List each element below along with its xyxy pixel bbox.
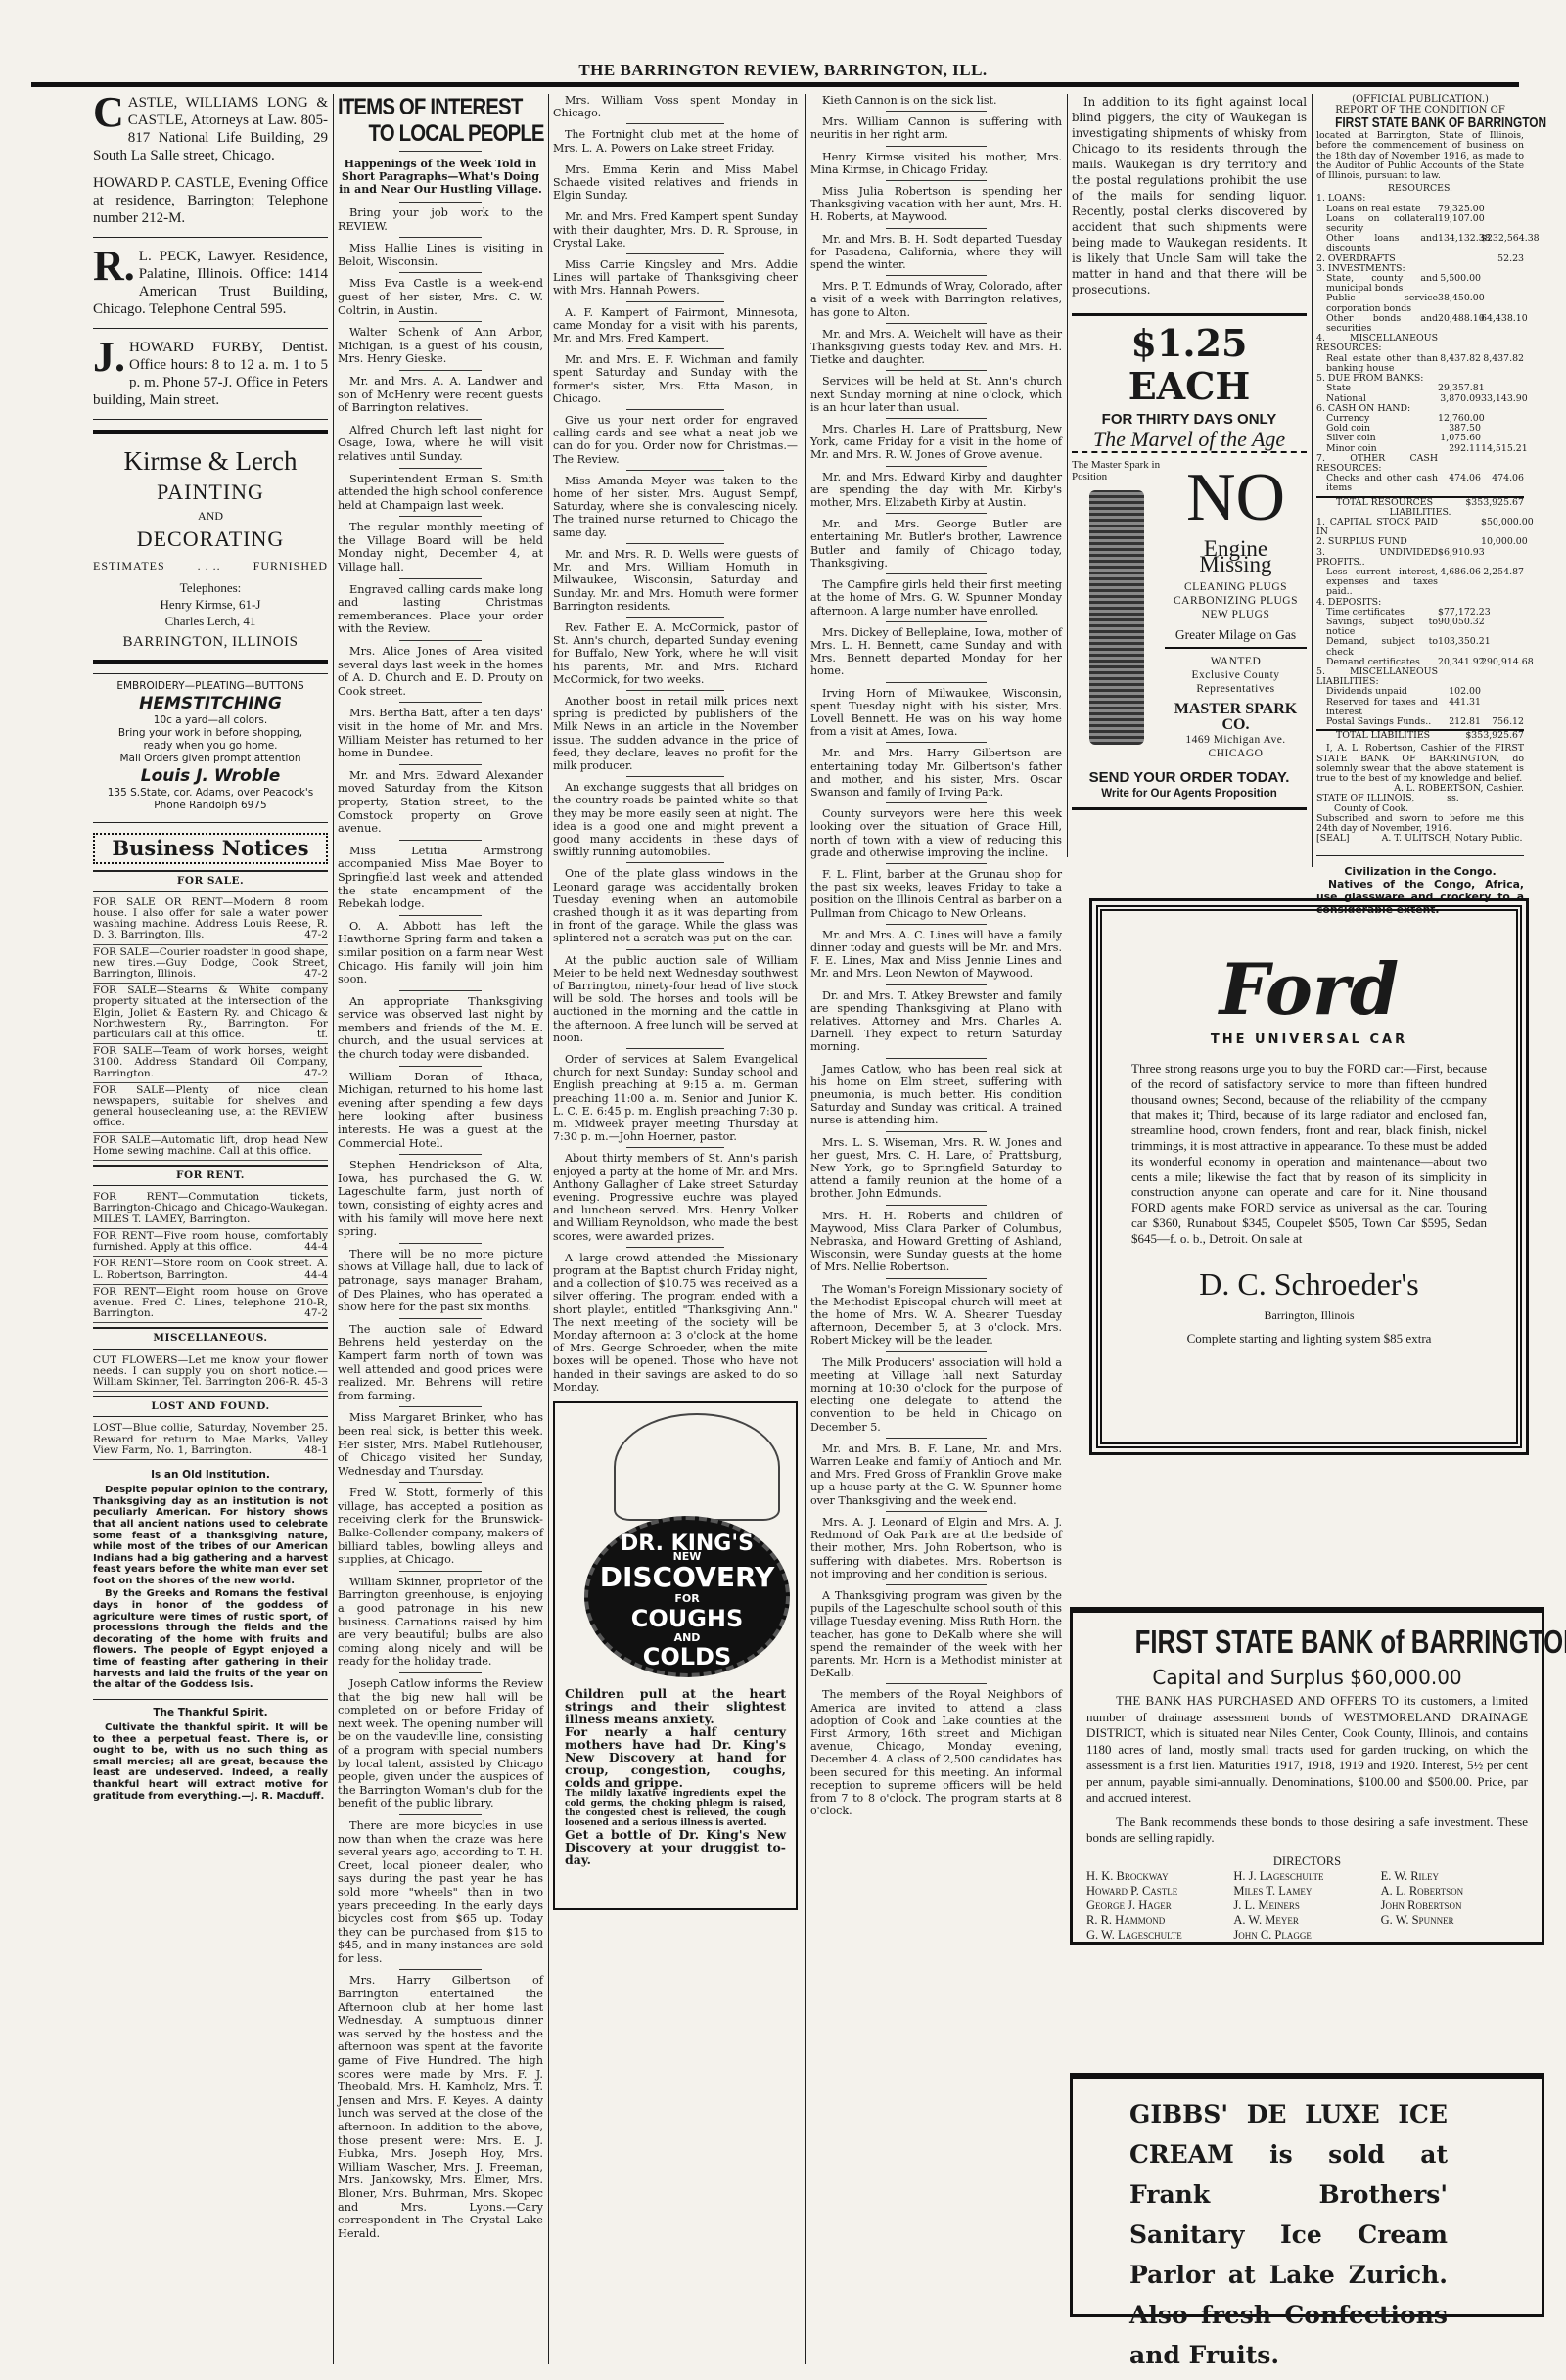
divider: [886, 802, 987, 803]
dropcap: R.: [93, 248, 135, 285]
divider: [399, 151, 482, 152]
cashier-oath: I, A. L. Robertson, Cashier of the FIRST…: [1316, 744, 1524, 784]
telephone-2: Charles Lerch, 41: [93, 613, 328, 629]
classified-ad: FOR SALE—Stearns & White company propert…: [93, 984, 328, 1044]
news-item: Miss Letitia Armstrong accompanied Miss …: [338, 845, 543, 911]
report-row: 4. MISCELLANEOUS RESOURCES:: [1316, 334, 1524, 353]
report-row: Postal Savings Funds..212.81756.12: [1316, 717, 1524, 727]
news-item: About thirty members of St. Ann's parish…: [553, 1152, 798, 1242]
divider: [399, 915, 482, 916]
news-item: Services will be held at St. Ann's churc…: [810, 375, 1062, 414]
ad-code: 48-1: [304, 1445, 328, 1456]
divider: [399, 237, 482, 238]
classified-ad: FOR SALE—Courier roadster in good shape,…: [93, 945, 328, 984]
news-item: Superintendent Erman S. Smith attended t…: [338, 473, 543, 513]
classified-ad: FOR RENT—Five room house, comfortably fu…: [93, 1229, 328, 1257]
divider: [399, 1672, 482, 1673]
ad-text: FOR SALE—Stearns & White company propert…: [93, 984, 328, 1040]
divider: [626, 301, 724, 302]
total-resources-row: TOTAL RESOURCES$353,925.67: [1316, 496, 1524, 508]
news-item: William Skinner, proprietor of the Barri…: [338, 1576, 543, 1669]
divider: [886, 146, 987, 147]
news-item: James Catlow, who has been real sick at …: [810, 1063, 1062, 1127]
ad-estimates: ESTIMATES . . .. FURNISHED: [93, 553, 328, 579]
hem-phone: Phone Randolph 6975: [93, 800, 328, 812]
news-item: There will be no more picture shows at V…: [338, 1248, 543, 1314]
news-item: The Woman's Foreign Missionary society o…: [810, 1283, 1062, 1348]
ford-city: Barrington, Illinois: [1131, 1308, 1487, 1323]
ad-text: FOR RENT—Eight room house on Grove avenu…: [93, 1286, 328, 1319]
official-publication: (OFFICIAL PUBLICATION.): [1316, 94, 1524, 105]
hem-line: Bring your work in before shopping,: [93, 727, 328, 740]
report-row: 5. MISCELLANEOUS LIABILITIES:: [1316, 667, 1524, 687]
news-item: Mr. and Mrs. Edward Alexander moved Satu…: [338, 769, 543, 836]
report-row: Demand, subject to check103,350.21: [1316, 637, 1524, 657]
report-row: Other bonds and securities20,488.1064,43…: [1316, 314, 1524, 334]
section-title-line1: ITEMS OF INTEREST: [338, 94, 513, 120]
plug-column: The Master Spark in Position: [1072, 459, 1165, 760]
divider: [399, 202, 482, 203]
divider: [626, 949, 724, 950]
divider: [399, 1318, 482, 1319]
divider: [399, 468, 482, 469]
ford-extra: Complete starting and lighting system $8…: [1131, 1331, 1487, 1347]
divider: [886, 1058, 987, 1059]
classified-ad: FOR SALE—Plenty of nice clean newspapers…: [93, 1083, 328, 1133]
news-item: Mrs. William Cannon is suffering with ne…: [810, 115, 1062, 141]
report-row: Reserved for taxes and interest441.31: [1316, 698, 1524, 717]
column-divider: [548, 94, 549, 2364]
ad-code: 45-3: [304, 1377, 328, 1388]
divider: [399, 1243, 482, 1244]
news-item: Mrs. William Voss spent Monday in Chicag…: [553, 94, 798, 119]
state-label: STATE OF ILLINOIS,: [1316, 793, 1414, 803]
ad-code: 47-2: [304, 930, 328, 940]
ad-text: FOR SALE OR RENT—Modern 8 room house. I …: [93, 896, 328, 941]
report-row: State, county and municipal bonds5,500.0…: [1316, 274, 1524, 294]
divider: [886, 466, 987, 467]
divider: [399, 764, 482, 765]
ford-logo: Ford: [1131, 950, 1487, 1029]
report-row: Real estate other than banking house8,43…: [1316, 354, 1524, 374]
divider: [886, 1511, 987, 1512]
ad-paragraph: Get a bottle of Dr. King's New Discovery…: [565, 1828, 786, 1866]
card-peck: R. L. PECK, Lawyer. Residence, Palatine,…: [93, 248, 328, 329]
dr-kings-oval-logo: DR. KING'S NEW DISCOVERY FOR COUGHS AND …: [584, 1516, 790, 1677]
news-item: Mr. and Mrs. A. A. Landwer and son of Mc…: [338, 375, 543, 415]
masthead-title: THE BARRINGTON REVIEW, BARRINGTON, ILL.: [0, 61, 1566, 80]
news-item: Mrs. A. J. Leonard of Elgin and Mrs. A. …: [810, 1516, 1062, 1580]
ford-tagline: THE UNIVERSAL CAR: [1131, 1032, 1487, 1047]
business-notices-header: Business Notices: [93, 833, 328, 863]
lost-found-heading: LOST AND FOUND.: [93, 1396, 328, 1417]
bank-ad-capital: Capital and Surplus $60,000.00: [1086, 1666, 1528, 1689]
hemstitching-ad: EMBROIDERY—PLEATING—BUTTONS HEMSTITCHING…: [93, 673, 328, 823]
divider: [399, 1406, 482, 1407]
spark-plug-icon: [1089, 490, 1144, 745]
news-item: Mrs. Emma Kerin and Miss Mabel Schaede v…: [553, 163, 798, 203]
ad-address: 1469 Michigan Ave.: [1165, 733, 1307, 747]
product-and: AND: [588, 1631, 786, 1644]
divider: [626, 690, 724, 691]
news-item: Mrs. Charles H. Lare of Prattsburg, New …: [810, 423, 1062, 462]
for-sale-list: FOR SALE OR RENT—Modern 8 room house. I …: [93, 895, 328, 1161]
product-for: FOR: [588, 1592, 786, 1605]
ad-no: NO: [1165, 459, 1307, 537]
column-waukegan-spark: In addition to its fight against local b…: [1072, 94, 1307, 810]
dr-kings-copy: Children pull at the heart strings and t…: [565, 1687, 786, 1866]
report-row: Less current interest, expenses and taxe…: [1316, 568, 1524, 598]
divider: [886, 682, 987, 683]
divider: [886, 1683, 987, 1684]
brand-name: DR. KING'S: [588, 1537, 786, 1550]
news-item: Mr. and Mrs. B. H. Sodt departed Tuesday…: [810, 233, 1062, 272]
divider: [399, 1482, 482, 1483]
article-body: Cultivate the thankful spirit. It will b…: [93, 1722, 328, 1802]
news-item: Walter Schenk of Ann Arbor, Michigan, is…: [338, 326, 543, 366]
director: H. K. Brockway: [1086, 1869, 1233, 1884]
news-item: Mr. and Mrs. R. D. Wells were guests of …: [553, 548, 798, 613]
director: G. W. Spunner: [1381, 1913, 1528, 1928]
ad-code: 47-2: [304, 1308, 328, 1319]
report-row: 1. CAPITAL STOCK PAID IN$50,000.00: [1316, 518, 1524, 537]
report-row: State29,357.81: [1316, 384, 1524, 393]
ad-line: AND: [93, 506, 328, 526]
ad-line: PAINTING: [93, 479, 328, 506]
dropcap: J.: [93, 339, 125, 376]
liabilities-table: 1. CAPITAL STOCK PAID IN$50,000.00 2. SU…: [1316, 518, 1524, 741]
column-bank-report: (OFFICIAL PUBLICATION.) REPORT OF THE CO…: [1316, 94, 1524, 916]
report-row: Public service corporation bonds38,450.0…: [1316, 294, 1524, 313]
divider: [399, 370, 482, 371]
ad-code: 44-4: [304, 1242, 328, 1253]
dots: . . ..: [198, 559, 221, 573]
ad-code: 47-2: [304, 1069, 328, 1079]
classified-ad: FOR SALE—Automatic lift, drop head New H…: [93, 1133, 328, 1161]
news-item: Give us your next order for engraved cal…: [553, 414, 798, 466]
classified-ad: LOST—Blue collie, Saturday, November 25.…: [93, 1421, 328, 1460]
ad-town: BARRINGTON, ILLINOIS: [93, 635, 328, 650]
divider: [886, 984, 987, 985]
total-liabilities-row: TOTAL LIABILITIES$353,925.67: [1316, 729, 1524, 741]
column-professional-cards: C ASTLE, WILLIAMS LONG & CASTLE, Attorne…: [93, 94, 328, 1804]
director: John Robertson: [1381, 1899, 1528, 1913]
ad-mileage: Greater Milage on Gas: [1165, 627, 1307, 649]
ad-thirty-days: FOR THIRTY DAYS ONLY: [1072, 412, 1307, 428]
column-local-items-3: Kieth Cannon is on the sick list. Mrs. W…: [810, 94, 1062, 1819]
ad-text: FOR SALE—Automatic lift, drop head New H…: [93, 1134, 328, 1157]
classified-ad: FOR RENT—Eight room house on Grove avenu…: [93, 1285, 328, 1324]
for-rent-heading: FOR RENT.: [93, 1165, 328, 1186]
divider: [886, 621, 987, 622]
divider: [626, 776, 724, 777]
gibbs-ice-cream-ad: GIBBS' DE LUXE ICE CREAM is sold at Fran…: [1070, 2073, 1544, 2317]
director: Howard P. Castle: [1086, 1884, 1233, 1899]
telephones-label: Telephones:: [93, 579, 328, 596]
divider: [886, 1205, 987, 1206]
ad-agents: Write for Our Agents Proposition: [1072, 786, 1307, 801]
dropcap: C: [93, 94, 124, 131]
ad-line: DECORATING: [93, 526, 328, 553]
ad-code: 47-2: [304, 969, 328, 980]
divider: [886, 370, 987, 371]
divider: [626, 206, 724, 206]
hem-price: 10c a yard—all colors.: [93, 714, 328, 727]
divider: [399, 840, 482, 841]
news-item: Miss Julia Robertson is spending her Tha…: [810, 185, 1062, 224]
ad-text: FOR SALE—Plenty of nice clean newspapers…: [93, 1084, 328, 1129]
news-item: A Thanksgiving program was given by the …: [810, 1589, 1062, 1679]
kirmse-lerch-ad: Kirmse & Lerch PAINTING AND DECORATING E…: [93, 430, 328, 664]
news-item: Another boost in retail milk prices next…: [553, 695, 798, 772]
hem-name: Louis J. Wroble: [93, 765, 328, 787]
news-item: Mrs. Harry Gilbertson of Barrington ente…: [338, 1974, 543, 2240]
dr-kings-discovery-ad: DR. KING'S NEW DISCOVERY FOR COUGHS AND …: [553, 1401, 798, 1910]
ad-text: FOR RENT—Five room house, comfortably fu…: [93, 1230, 328, 1253]
card-text: HOWARD FURBY, Dentist. Office hours: 8 t…: [93, 340, 328, 408]
news-item: Rev. Father E. A. McCormick, pastor of S…: [553, 621, 798, 686]
ford-dealer: D. C. Schroeder's: [1131, 1266, 1487, 1303]
divider: [626, 123, 724, 124]
divider: [886, 924, 987, 925]
card-furby: J. HOWARD FURBY, Dentist. Office hours: …: [93, 339, 328, 420]
news-item: Mr. and Mrs. George Butler are entertain…: [810, 518, 1062, 570]
news-item: The members of the Royal Neighbors of Am…: [810, 1688, 1062, 1817]
news-item: An appropriate Thanksgiving service was …: [338, 995, 543, 1062]
divider: [399, 419, 482, 420]
news-item: Mrs. Dickey of Belleplaine, Iowa, mother…: [810, 626, 1062, 678]
report-intro: located at Barrington, State of Illinois…: [1316, 131, 1524, 181]
classified-ad: FOR SALE OR RENT—Modern 8 room house. I …: [93, 895, 328, 945]
divider: [886, 180, 987, 181]
news-item: Miss Eva Castle is a week-end guest of h…: [338, 277, 543, 317]
ad-line: CARBONIZING PLUGS: [1165, 594, 1307, 608]
divider: [886, 1131, 987, 1132]
estimates-label: ESTIMATES: [93, 559, 165, 573]
news-item: The Milk Producers' association will hol…: [810, 1356, 1062, 1434]
divider: [399, 1571, 482, 1572]
bank-ad-title: FIRST STATE BANK of BARRINGTON: [1135, 1623, 1480, 1662]
for-rent-list: FOR RENT—Commutation tickets, Barrington…: [93, 1190, 328, 1323]
news-item: Miss Carrie Kingsley and Mrs. Addie Line…: [553, 258, 798, 297]
divider: [399, 1969, 482, 1970]
mother-child-illustration-icon: [614, 1413, 780, 1521]
product-colds: COLDS: [588, 1644, 786, 1670]
news-item: Joseph Catlow informs the Review that th…: [338, 1677, 543, 1810]
ad-body: The Master Spark in Position NO Engine M…: [1072, 459, 1307, 760]
news-item: F. L. Flint, barber at the Grunau shop f…: [810, 868, 1062, 920]
card-text: ASTLE, WILLIAMS LONG & CASTLE, Attorneys…: [93, 95, 328, 163]
news-item: Miss Margaret Brinker, who has been real…: [338, 1411, 543, 1478]
for-sale-heading: FOR SALE.: [93, 870, 328, 892]
director: E. W. Riley: [1381, 1869, 1528, 1884]
report-row: Savings, subject to notice90,050.32: [1316, 618, 1524, 637]
divider: [886, 418, 987, 419]
first-state-bank-ad: FIRST STATE BANK of BARRINGTON Capital a…: [1070, 1607, 1544, 1945]
news-item: An exchange suggests that all bridges on…: [553, 781, 798, 858]
hem-line: Mail Orders given prompt attention: [93, 753, 328, 765]
divider: [886, 1278, 987, 1279]
ad-code: tf.: [317, 1030, 328, 1040]
divider: [626, 543, 724, 544]
section-title-line2: TO LOCAL PEOPLE: [369, 120, 544, 147]
divider: [626, 617, 724, 618]
news-item: Bring your job work to the REVIEW.: [338, 206, 543, 233]
hem-title: HEMSTITCHING: [93, 693, 328, 714]
ad-text: FOR SALE—Team of work horses, weight 310…: [93, 1045, 328, 1078]
news-item: Mr. and Mrs. E. F. Wichman and family sp…: [553, 353, 798, 405]
divider: [626, 1247, 724, 1248]
news-item: Alfred Church left last night for Osage,…: [338, 424, 543, 464]
divider: [626, 1147, 724, 1148]
divider: [399, 1814, 482, 1815]
report-row: Silver coin1,075.60: [1316, 434, 1524, 443]
news-item: Mr. and Mrs. Edward Kirby and daughter a…: [810, 471, 1062, 510]
news-item: Irving Horn of Milwaukee, Wisconsin, spe…: [810, 687, 1062, 739]
report-row: Checks and other cash items474.06474.06: [1316, 474, 1524, 493]
classified-ad: FOR SALE—Team of work horses, weight 310…: [93, 1044, 328, 1083]
ad-line: CLEANING PLUGS: [1165, 580, 1307, 594]
furnished-label: FURNISHED: [253, 559, 328, 573]
divider: [399, 272, 482, 273]
ad-exclusive: Exclusive County Representatives: [1165, 668, 1307, 696]
news-item: Mrs. Bertha Batt, after a ten days' visi…: [338, 707, 543, 759]
ad-firm-name: Kirmse & Lerch: [93, 443, 328, 479]
product-coughs: COUGHS: [588, 1606, 786, 1631]
directors-list: H. K. Brockway H. J. Lageschulte E. W. R…: [1086, 1869, 1528, 1943]
news-item: Miss Amanda Meyer was taken to the home …: [553, 475, 798, 539]
article-title: The Thankful Spirit.: [93, 1699, 328, 1720]
column-divider: [805, 94, 806, 2364]
news-item: Engraved calling cards make long and las…: [338, 583, 543, 636]
ad-text: LOST—Blue collie, Saturday, November 25.…: [93, 1422, 328, 1455]
divider: [626, 862, 724, 863]
directors-heading: DIRECTORS: [1086, 1854, 1528, 1869]
divider: [886, 323, 987, 324]
director: John C. Plagge: [1233, 1928, 1380, 1943]
report-row: Other loans and discounts134,132.38$232,…: [1316, 234, 1524, 253]
product-name: DISCOVERY: [588, 1563, 786, 1592]
divider: [626, 253, 724, 254]
news-item-waukegan: In addition to its fight against local b…: [1072, 94, 1307, 297]
news-item: One of the plate glass windows in the Le…: [553, 867, 798, 944]
news-item: Mr. and Mrs. Harry Gilbertson are entert…: [810, 747, 1062, 799]
ad-code: 44-4: [304, 1270, 328, 1281]
news-item: There are more bicycles in use now than …: [338, 1819, 543, 1966]
classified-ad: CUT FLOWERS—Let me know your flower need…: [93, 1353, 328, 1393]
ad-text: FOR SALE—Courier roadster in good shape,…: [93, 946, 328, 980]
ad-text: FOR RENT—Commutation tickets, Barrington…: [93, 1191, 328, 1224]
news-item: At the public auction sale of William Me…: [553, 954, 798, 1044]
ad-city: CHICAGO: [1165, 747, 1307, 760]
divider: [399, 1154, 482, 1155]
classified-ad: FOR RENT—Commutation tickets, Barrington…: [93, 1190, 328, 1229]
column-divider: [1067, 94, 1068, 857]
ford-ad: Ford THE UNIVERSAL CAR Three strong reas…: [1096, 905, 1522, 1448]
divider: [626, 470, 724, 471]
report-row: Loans on collateral security19,107.00: [1316, 214, 1524, 234]
ad-paragraph: The mildly laxative ingredients expel th…: [565, 1789, 786, 1828]
divider: [399, 990, 482, 991]
director: G. W. Lageschulte: [1086, 1928, 1233, 1943]
news-item: O. A. Abbott has left the Hawthorne Spri…: [338, 920, 543, 986]
divider: [886, 742, 987, 743]
bank-ad-body: THE BANK HAS PURCHASED AND OFFERS TO its…: [1086, 1693, 1528, 1807]
column-local-items-2: Mrs. William Voss spent Monday in Chicag…: [553, 94, 798, 1910]
news-item: Kieth Cannon is on the sick list.: [810, 94, 1062, 107]
director: R. R. Hammond: [1086, 1913, 1233, 1928]
card-castle: C ASTLE, WILLIAMS LONG & CASTLE, Attorne…: [93, 94, 328, 238]
news-item: Mrs. H. H. Roberts and children of Maywo…: [810, 1210, 1062, 1274]
divider: [399, 516, 482, 517]
seal-label: [SEAL]: [1316, 833, 1350, 844]
column-divider: [333, 94, 334, 2364]
news-item: A. F. Kampert of Fairmont, Minnesota, ca…: [553, 306, 798, 345]
news-item: Mrs. L. S. Wiseman, Mrs. R. W. Jones and…: [810, 1136, 1062, 1201]
director: H. J. Lageschulte: [1233, 1869, 1380, 1884]
classified-ad: FOR RENT—Store room on Cook street. A. L…: [93, 1257, 328, 1284]
divider: [626, 348, 724, 349]
report-header: (OFFICIAL PUBLICATION.) REPORT OF THE CO…: [1316, 94, 1524, 129]
news-item: Dr. and Mrs. T. Atkey Brewster and famil…: [810, 989, 1062, 1054]
news-item: Miss Hallie Lines is visiting in Beloit,…: [338, 242, 543, 268]
article-paragraph: Despite popular opinion to the contrary,…: [93, 1485, 328, 1586]
ad-text: FOR RENT—Store room on Cook street. A. L…: [93, 1258, 328, 1280]
news-item: Mr. and Mrs. B. F. Lane, Mr. and Mrs. Wa…: [810, 1442, 1062, 1507]
ad-line: NEW PLUGS: [1165, 608, 1307, 621]
report-row: 3. UNDIVIDED PROFITS..$6,910.93: [1316, 548, 1524, 568]
news-item: William Doran of Ithaca, Michigan, retur…: [338, 1071, 543, 1151]
report-row: 7. OTHER CASH RESOURCES:: [1316, 454, 1524, 474]
ad-wanted: WANTED: [1165, 655, 1307, 668]
ss-label: ss.: [1447, 793, 1459, 803]
divider: [399, 640, 482, 641]
divider: [886, 275, 987, 276]
section-subtitle: Happenings of the Week Told in Short Par…: [338, 158, 543, 196]
article-paragraph: Cultivate the thankful spirit. It will b…: [93, 1722, 328, 1802]
news-item: Mrs. P. T. Edmunds of Wray, Colorado, af…: [810, 280, 1062, 319]
ford-body: Three strong reasons urge you to buy the…: [1131, 1061, 1487, 1247]
news-item: The Fortnight club met at the home of Mr…: [553, 128, 798, 154]
plug-caption: The Master Spark in Position: [1072, 459, 1165, 482]
director: A. L. Robertson: [1381, 1884, 1528, 1899]
article-paragraph: By the Greeks and Romans the festival da…: [93, 1588, 328, 1690]
resources-table: 1. LOANS: Loans on real estate79,325.00 …: [1316, 194, 1524, 507]
divider: [886, 513, 987, 514]
gibbs-ad-text: GIBBS' DE LUXE ICE CREAM is sold at Fran…: [1129, 2100, 1448, 2369]
ad-engine-missing: Engine Missing: [1165, 541, 1307, 572]
divider: [626, 159, 724, 160]
director: [1381, 1928, 1528, 1943]
ad-paragraph: For nearly a half century mothers have h…: [565, 1725, 786, 1789]
divider: [886, 1584, 987, 1585]
news-item: Mr. and Mrs. Fred Kampert spent Sunday w…: [553, 210, 798, 250]
column-local-items: ITEMS OF INTEREST TO LOCAL PEOPLE Happen…: [338, 94, 543, 2242]
divider: [886, 1438, 987, 1439]
director: Miles T. Lamey: [1233, 1884, 1380, 1899]
divider: [399, 1066, 482, 1067]
hem-line: ready when you go home.: [93, 740, 328, 753]
misc-heading: MISCELLANEOUS.: [93, 1327, 328, 1349]
news-item: Mrs. Alice Jones of Area visited several…: [338, 645, 543, 698]
news-item: A large crowd attended the Missionary pr…: [553, 1252, 798, 1394]
ad-paragraph: Children pull at the heart strings and t…: [565, 1687, 786, 1725]
ad-price: $1.25 EACH: [1072, 313, 1307, 408]
masthead-rule: [31, 82, 1519, 87]
sworn-text: Subscribed and sworn to before me this 2…: [1316, 814, 1524, 834]
card-extra: HOWARD P. CASTLE, Evening Office at resi…: [93, 174, 328, 227]
divider: [886, 111, 987, 112]
